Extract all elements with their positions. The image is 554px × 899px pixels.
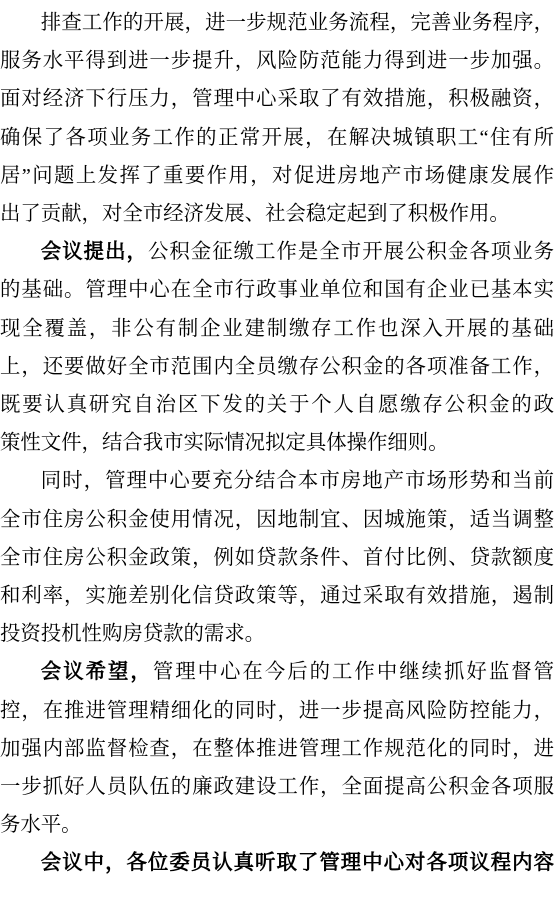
document-body: 排查工作的开展，进一步规范业务流程，完善业务程序，服务水平得到进一步提升，风险防… xyxy=(0,4,554,883)
body-text: 出了贡献，对全市经济发展、社会稳定起到了积极作用。 xyxy=(0,203,510,225)
body-text: 务水平。 xyxy=(0,814,82,836)
bold-text: 会议希望， xyxy=(41,661,153,683)
body-text: 既要认真研究自治区下发的关于个人自愿缴存公积金的政 xyxy=(0,394,554,416)
body-text: 控，在推进管理精细化的同时，进一步提高风险防控能力， xyxy=(0,700,554,722)
body-text: 排查工作的开展，进一步规范业务流程，完善业务程序， xyxy=(41,12,554,34)
bold-text: 会议提出， xyxy=(41,241,148,263)
body-text: 全市住房公积金使用情况，因地制宜、因城施策，适当调整 xyxy=(0,509,554,531)
text-line: 现全覆盖，非公有制企业建制缴存工作也深入开展的基础 xyxy=(0,310,554,348)
paragraph-5: 会议中，各位委员认真听取了管理中心对各项议程内容 xyxy=(0,844,554,882)
text-line: 务水平。 xyxy=(0,806,554,844)
text-line: 确保了各项业务工作的正常开展，在解决城镇职工“住有所 xyxy=(0,119,554,157)
text-line: 控，在推进管理精细化的同时，进一步提高风险防控能力， xyxy=(0,692,554,730)
body-text: 服务水平得到进一步提升，风险防范能力得到进一步加强。 xyxy=(0,50,554,72)
body-text: 全市住房公积金政策，例如贷款条件、首付比例、贷款额度 xyxy=(0,547,554,569)
body-text: 一步抓好人员队伍的廉政建设工作，全面提高公积金各项服 xyxy=(0,776,554,798)
text-line: 全市住房公积金使用情况，因地制宜、因城施策，适当调整 xyxy=(0,501,554,539)
text-line: 策性文件，结合我市实际情况拟定具体操作细则。 xyxy=(0,424,554,462)
text-line: 一步抓好人员队伍的廉政建设工作，全面提高公积金各项服 xyxy=(0,768,554,806)
text-line: 会议中，各位委员认真听取了管理中心对各项议程内容 xyxy=(0,844,554,882)
text-line: 出了贡献，对全市经济发展、社会稳定起到了积极作用。 xyxy=(0,195,554,233)
page: { "page": { "background_color": "#ffffff… xyxy=(0,0,554,899)
body-text: 居”问题上发挥了重要作用，对促进房地产市场健康发展作 xyxy=(0,165,554,187)
body-text: 面对经济下行压力，管理中心采取了有效措施，积极融资， xyxy=(0,88,554,110)
text-line: 会议提出，公积金征缴工作是全市开展公积金各项业务 xyxy=(0,233,554,271)
paragraph-3: 同时，管理中心要充分结合本市房地产市场形势和当前全市住房公积金使用情况，因地制宜… xyxy=(0,462,554,653)
text-line: 全市住房公积金政策，例如贷款条件、首付比例、贷款额度 xyxy=(0,539,554,577)
text-line: 的基础。管理中心在全市行政事业单位和国有企业已基本实 xyxy=(0,271,554,309)
text-line: 会议希望，管理中心在今后的工作中继续抓好监督管 xyxy=(0,653,554,691)
text-line: 投资投机性购房贷款的需求。 xyxy=(0,615,554,653)
body-text: 同时，管理中心要充分结合本市房地产市场形势和当前 xyxy=(41,470,554,492)
body-text: 和利率，实施差别化信贷政策等，通过采取有效措施，遏制 xyxy=(0,585,554,607)
body-text: 现全覆盖，非公有制企业建制缴存工作也深入开展的基础 xyxy=(0,318,554,340)
text-line: 同时，管理中心要充分结合本市房地产市场形势和当前 xyxy=(0,462,554,500)
body-text: 管理中心在今后的工作中继续抓好监督管 xyxy=(153,661,554,683)
text-line: 既要认真研究自治区下发的关于个人自愿缴存公积金的政 xyxy=(0,386,554,424)
body-text: 加强内部监督检查，在整体推进管理工作规范化的同时，进 xyxy=(0,738,554,760)
paragraph-1: 排查工作的开展，进一步规范业务流程，完善业务程序，服务水平得到进一步提升，风险防… xyxy=(0,4,554,233)
body-text: 公积金征缴工作是全市开展公积金各项业务 xyxy=(148,241,554,263)
bold-text: 会议中，各位委员认真听取了管理中心对各项议程内容 xyxy=(41,852,554,874)
paragraph-2: 会议提出，公积金征缴工作是全市开展公积金各项业务的基础。管理中心在全市行政事业单… xyxy=(0,233,554,462)
text-line: 服务水平得到进一步提升，风险防范能力得到进一步加强。 xyxy=(0,42,554,80)
body-text: 确保了各项业务工作的正常开展，在解决城镇职工“住有所 xyxy=(0,127,554,149)
body-text: 投资投机性购房贷款的需求。 xyxy=(0,623,265,645)
paragraph-4: 会议希望，管理中心在今后的工作中继续抓好监督管控，在推进管理精细化的同时，进一步… xyxy=(0,653,554,844)
body-text: 的基础。管理中心在全市行政事业单位和国有企业已基本实 xyxy=(0,279,554,301)
text-line: 排查工作的开展，进一步规范业务流程，完善业务程序， xyxy=(0,4,554,42)
text-line: 和利率，实施差别化信贷政策等，通过采取有效措施，遏制 xyxy=(0,577,554,615)
body-text: 策性文件，结合我市实际情况拟定具体操作细则。 xyxy=(0,432,449,454)
text-line: 加强内部监督检查，在整体推进管理工作规范化的同时，进 xyxy=(0,730,554,768)
body-text: 上，还要做好全市范围内全员缴存公积金的各项准备工作， xyxy=(0,356,554,378)
text-line: 居”问题上发挥了重要作用，对促进房地产市场健康发展作 xyxy=(0,157,554,195)
text-line: 上，还要做好全市范围内全员缴存公积金的各项准备工作， xyxy=(0,348,554,386)
document-page: 排查工作的开展，进一步规范业务流程，完善业务程序，服务水平得到进一步提升，风险防… xyxy=(0,0,554,899)
text-line: 面对经济下行压力，管理中心采取了有效措施，积极融资， xyxy=(0,80,554,118)
